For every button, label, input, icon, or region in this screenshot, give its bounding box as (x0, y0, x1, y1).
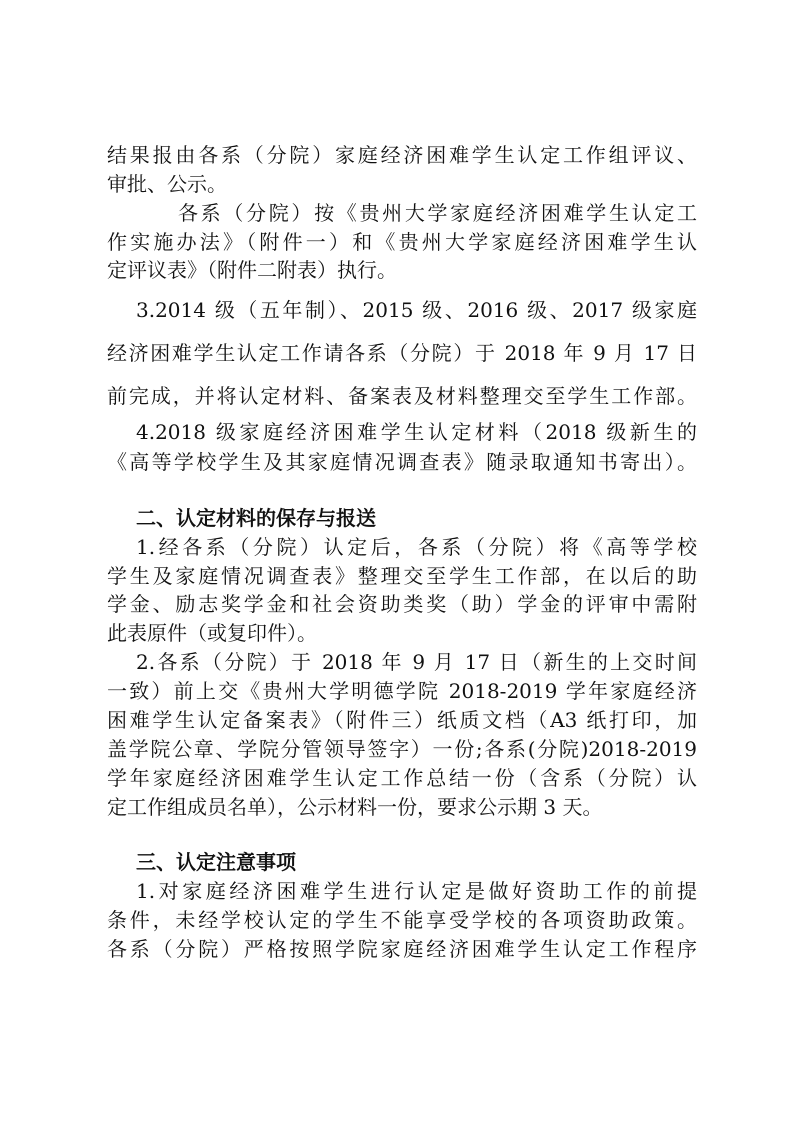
text-line: 盖学院公章、学院分管领导签字）一份;各系(分院)2018-2019 (107, 735, 697, 763)
text-line: 此表原件（或复印件）。 (107, 619, 697, 647)
text-line: 各系（分院）按《贵州大学家庭经济困难学生认定工 (178, 199, 697, 227)
text-line: 作实施办法》（附件一）和《贵州大学家庭经济困难学生认 (107, 228, 697, 256)
text-line: 前完成，并将认定材料、备案表及材料整理交至学生工作部。 (107, 382, 697, 410)
document-page: 结果报由各系（分院）家庭经济困难学生认定工作组评议、 审批、公示。 各系（分院）… (0, 0, 793, 1122)
text-line: 学金、励志奖学金和社会资助类奖（助）学金的评审中需附 (107, 590, 697, 618)
section-heading: 二、认定材料的保存与报送 (136, 504, 697, 532)
section-heading: 三、认定注意事项 (136, 848, 697, 876)
text-line: 学生及家庭情况调查表》整理交至学生工作部，在以后的助 (107, 562, 697, 590)
text-line: 条件，未经学校认定的学生不能享受学校的各项资助政策。 (107, 906, 697, 934)
text-line: 审批、公示。 (107, 170, 697, 198)
text-line: 学年家庭经济困难学生认定工作总结一份（含系（分院）认 (107, 764, 697, 792)
text-line: 各系（分院）严格按照学院家庭经济困难学生认定工作程序 (107, 935, 697, 963)
text-line: 定评议表》（附件二附表）执行。 (107, 256, 697, 284)
text-line: 2.各系（分院）于 2018 年 9 月 17 日（新生的上交时间 (136, 648, 697, 676)
text-line: 1.经各系（分院）认定后，各系（分院）将《高等学校 (136, 533, 697, 561)
text-line: 4.2018 级家庭经济困难学生认定材料（2018 级新生的 (136, 418, 697, 446)
text-line: 困难学生认定备案表》（附件三）纸质文档（A3 纸打印，加 (107, 706, 697, 734)
text-line: 一致）前上交《贵州大学明德学院 2018-2019 学年家庭经济 (107, 677, 697, 705)
text-line: 1.对家庭经济困难学生进行认定是做好资助工作的前提 (136, 877, 697, 905)
text-line: 《高等学校学生及其家庭情况调查表》随录取通知书寄出）。 (107, 448, 697, 476)
text-line: 3.2014 级（五年制）、2015 级、2016 级、2017 级家庭 (136, 296, 697, 324)
text-line: 定工作组成员名单），公示材料一份，要求公示期 3 天。 (107, 793, 697, 821)
text-line: 经济困难学生认定工作请各系（分院）于 2018 年 9 月 17 日 (107, 339, 697, 367)
text-line: 结果报由各系（分院）家庭经济困难学生认定工作组评议、 (107, 141, 697, 169)
